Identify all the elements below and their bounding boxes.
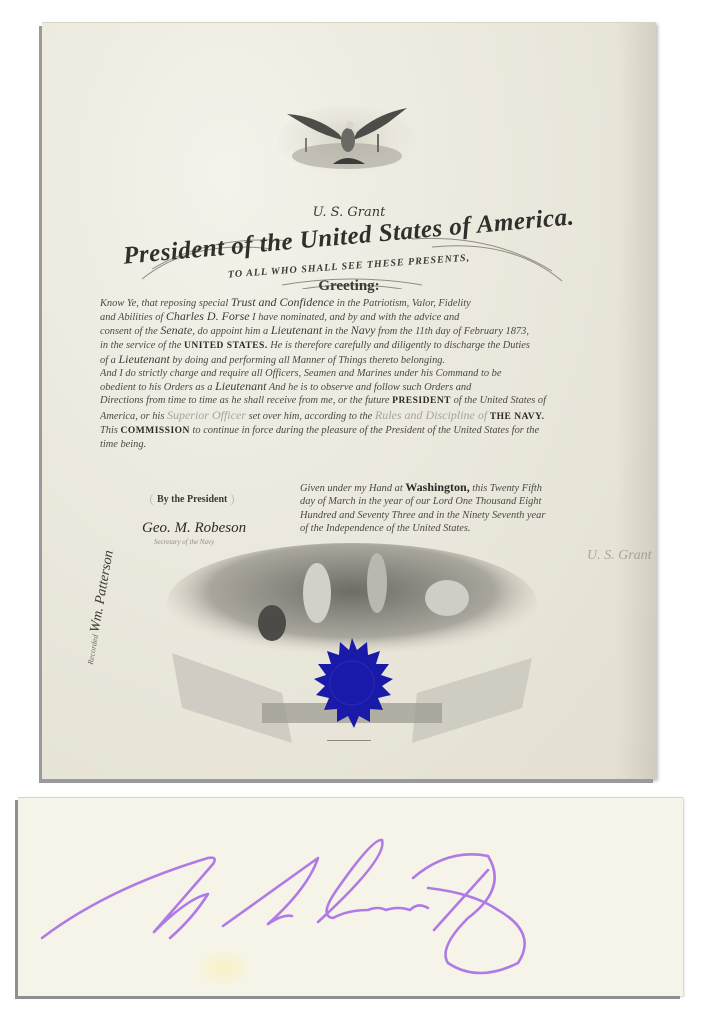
- signature-card: U. S. Grant: [18, 797, 683, 996]
- body-line: This COMMISSION to continue in force dur…: [100, 424, 630, 438]
- greeting: Greeting:: [42, 278, 656, 295]
- body-line: And I do strictly charge and require all…: [100, 367, 630, 380]
- body-line: obedient to his Orders as a Lieutenant A…: [100, 380, 630, 394]
- recorded-endorsement: Recorded Wm. Patterson: [82, 549, 118, 666]
- naval-commission-document: U. S. Grant President of the United Stat…: [42, 22, 656, 779]
- printer-imprint: [327, 740, 371, 741]
- body-line: Directions from time to time as he shall…: [100, 394, 630, 408]
- body-line: America, or his Superior Officer set ove…: [100, 409, 630, 424]
- body-line: time being.: [100, 438, 630, 451]
- body-line: in the service of the UNITED STATES. He …: [100, 339, 630, 353]
- given-under-hand-block: Given under my Hand at Washington, this …: [300, 481, 630, 536]
- appointee-name: Charles D. Forse: [166, 310, 250, 323]
- by-the-president-label: By the President: [150, 493, 234, 506]
- body-line: consent of the Senate, do appoint him a …: [100, 324, 630, 338]
- body-line: Know Ye, that reposing special Trust and…: [100, 296, 630, 310]
- president-signature: U. S. Grant: [587, 548, 652, 564]
- eagle-vignette-icon: [277, 106, 417, 176]
- body-line: and Abilities of Charles D. Forse I have…: [100, 310, 630, 324]
- grant-signature-icon: [18, 798, 683, 996]
- body-line: of a Lieutenant by doing and performing …: [100, 353, 630, 367]
- commission-body: Know Ye, that reposing special Trust and…: [100, 296, 630, 451]
- neptune-vignette-icon: [162, 543, 542, 753]
- secretary-signature: Geo. M. Robeson: [142, 520, 246, 537]
- recorder-signature: Wm. Patterson: [88, 549, 117, 634]
